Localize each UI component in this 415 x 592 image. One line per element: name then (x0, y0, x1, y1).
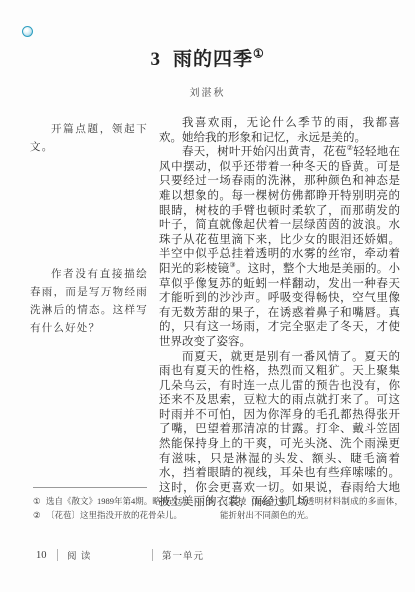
footnote-huabao-text: 〔花苞〕这里指没开放的花骨朵儿。 (46, 508, 207, 522)
footnote-cailengjing-marker: ③ (207, 494, 220, 522)
lesson-title: 3雨的四季① (0, 44, 415, 71)
footnote-source: ① 选自《散文》1989年第4期。略有改动。 (33, 494, 207, 508)
page-footer: 10 阅 读 第一单元 (36, 548, 204, 562)
footnote-source-text: 选自《散文》1989年第4期。略有改动。 (46, 494, 207, 508)
lesson-title-text: 雨的四季① (173, 49, 265, 70)
footnotes-left-column: ① 选自《散文》1989年第4期。略有改动。 ② 〔花苞〕这里指没开放的花骨朵儿… (33, 494, 207, 522)
footnotes: ① 选自《散文》1989年第4期。略有改动。 ② 〔花苞〕这里指没开放的花骨朵儿… (33, 494, 403, 522)
main-text: 我喜欢雨，无论什么季节的雨，我都喜欢。她给我的形象和记忆，永远是美的。 春天，树… (159, 116, 400, 510)
footnote-cailengjing-text: 〔彩棱（léng）镜〕以透明材料制成的多面体，能折射出不同颜色的光。 (220, 494, 403, 522)
footnotes-right-column: ③ 〔彩棱（léng）镜〕以透明材料制成的多面体，能折射出不同颜色的光。 (207, 494, 403, 522)
footer-unit-label: 第一单元 (153, 548, 204, 562)
textbook-page: 3雨的四季① 刘湛秋 开篇点题，领起下文。 作者没有直接描绘春雨，而是写万物经雨… (0, 0, 415, 592)
footnote-cailengjing: ③ 〔彩棱（léng）镜〕以透明材料制成的多面体，能折射出不同颜色的光。 (207, 494, 403, 522)
plugin-badge-icon[interactable] (22, 26, 33, 37)
page-number: 10 (36, 550, 57, 561)
footer-section-label: 阅 读 (58, 548, 152, 562)
footnote-huabao: ② 〔花苞〕这里指没开放的花骨朵儿。 (33, 508, 207, 522)
margin-note-opening: 开篇点题，领起下文。 (30, 121, 148, 157)
author-name: 刘湛秋 (0, 84, 415, 99)
paragraph-intro: 我喜欢雨，无论什么季节的雨，我都喜欢。她给我的形象和记忆，永远是美的。 (159, 116, 400, 145)
footnote-separator (33, 487, 147, 488)
paragraph-spring-rain: 春天，树叶开始闪出黄青，花苞②轻轻地在风中摆动，似乎还带着一种冬天的昏黄。可是只… (159, 145, 400, 349)
footnote-huabao-marker: ② (33, 508, 46, 522)
lesson-number: 3 (150, 49, 160, 70)
footnote-source-marker: ① (33, 494, 46, 508)
margin-note-question: 作者没有直接描绘春雨，而是写万物经雨洗淋后的情态。这样写有什么好处？ (30, 266, 148, 338)
paragraph-summer-rain: 而夏天，就更是别有一番风情了。夏天的雨也有夏天的性格，热烈而又粗犷。天上聚集几朵… (159, 350, 400, 511)
